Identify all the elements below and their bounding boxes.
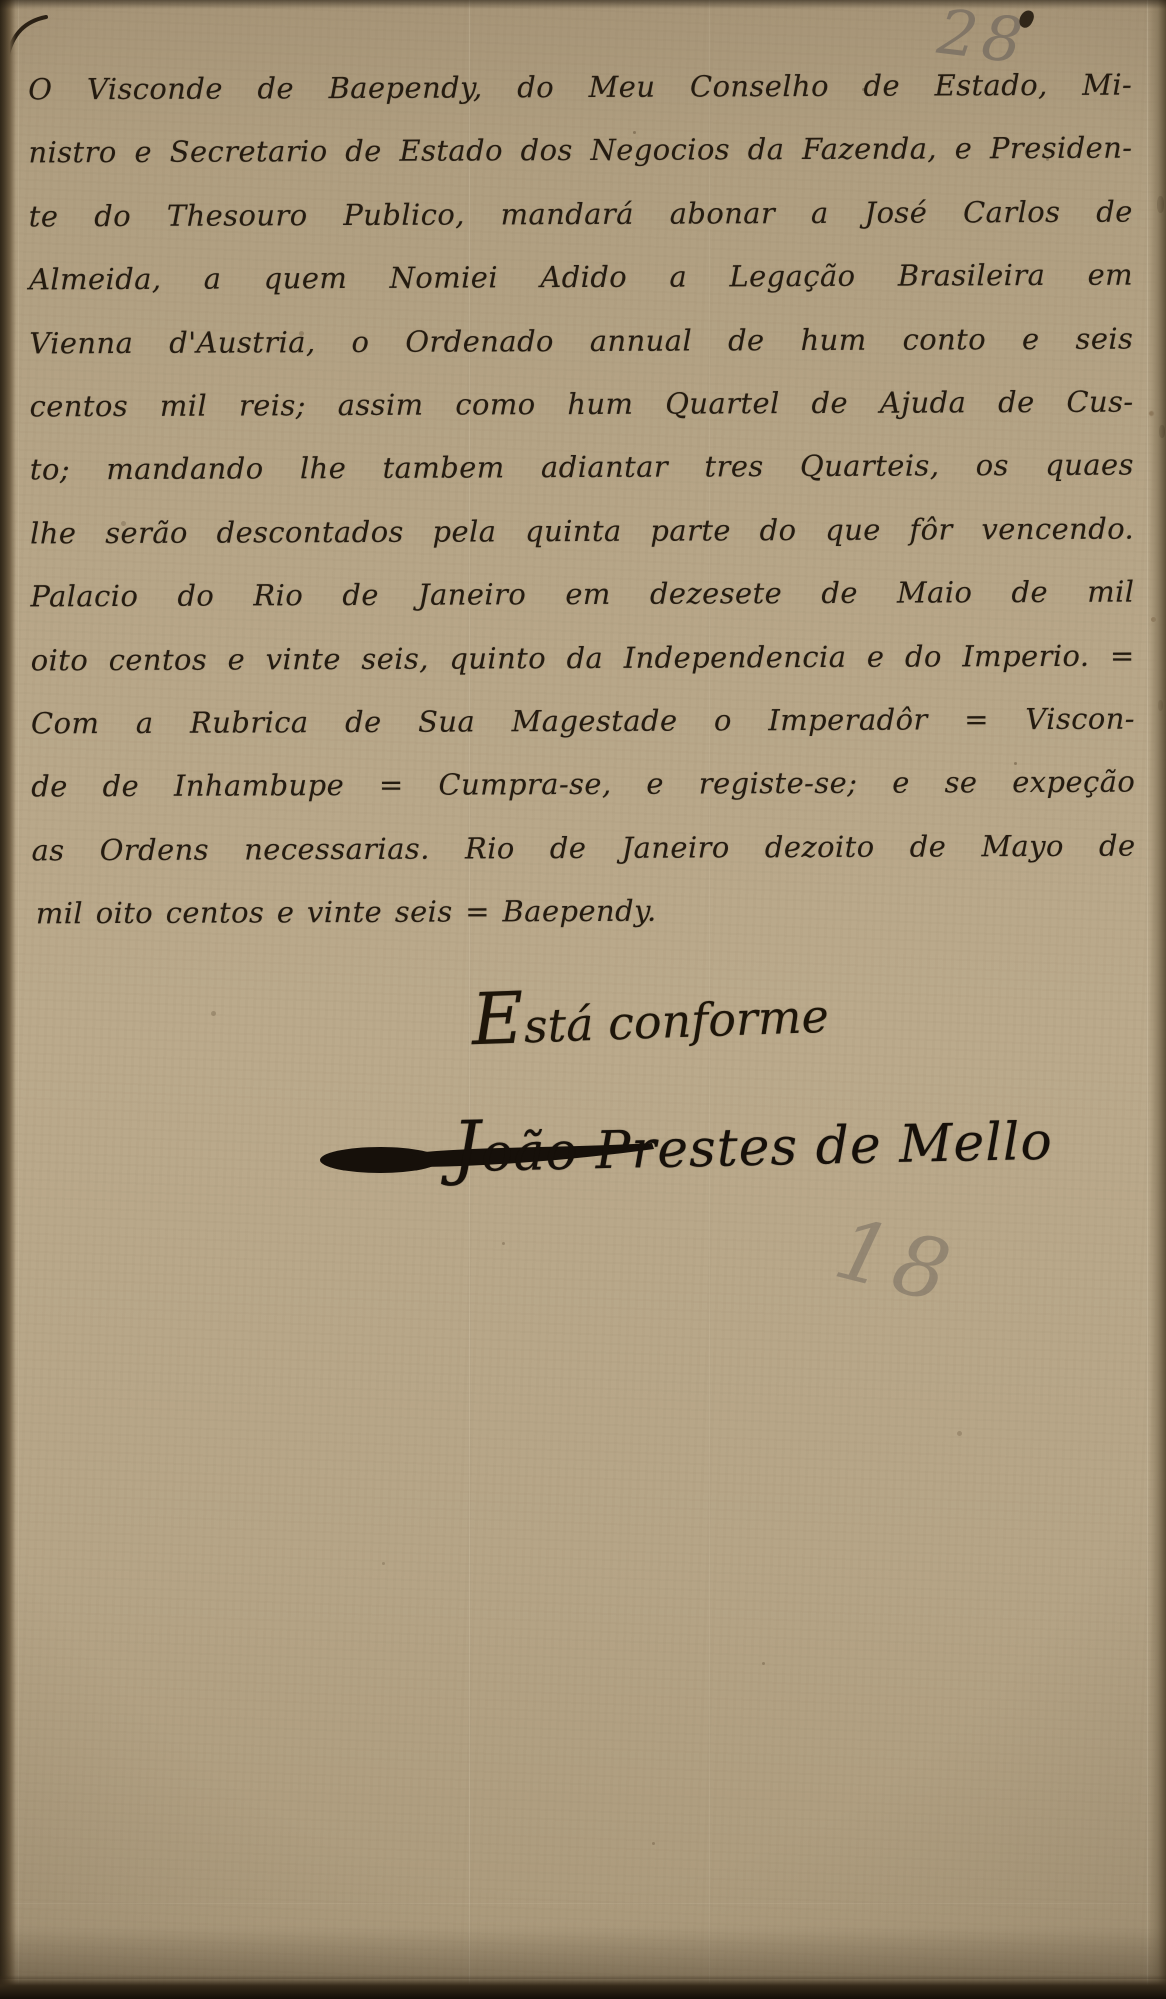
manuscript-line: nistro e Secretario de Estado dos Negoci… [28, 117, 1132, 185]
certification-note: Está conforme [399, 963, 902, 1063]
manuscript-line: as Ordens necessarias. Rio de Janeiro de… [31, 814, 1135, 882]
manuscript-line: Palacio do Rio de Janeiro em dezesete de… [30, 561, 1134, 629]
manuscript-line: Com a Rubrica de Sua Magestade o Imperad… [31, 687, 1135, 755]
manuscript-scan: 28 18 O Visconde de Baependy, do Meu Con… [0, 0, 1166, 1999]
manuscript-line: Vienna d'Austria, o Ordenado annual de h… [29, 307, 1133, 375]
manuscript-line: oito centos e vinte seis, quinto da Inde… [31, 624, 1135, 692]
clerk-signature: João Prestes de Mello [451, 1094, 1053, 1189]
manuscript-line: te do Thesouro Publico, mandará abonar a… [29, 180, 1133, 248]
page-edge-right [1148, 0, 1166, 1999]
manuscript-line: Almeida, a quem Nomiei Adido a Legação B… [29, 244, 1133, 312]
manuscript-line: O Visconde de Baependy, do Meu Conselho … [28, 54, 1132, 122]
manuscript-line: mil oito centos e vinte seis = Baependy. [32, 878, 1136, 946]
page-edge-bottom [0, 1975, 1166, 1999]
manuscript-line: centos mil reis; assim como hum Quartel … [29, 371, 1133, 439]
manuscript-body: O Visconde de Baependy, do Meu Conselho … [28, 54, 1136, 946]
manuscript-line: to; mandando lhe tambem adiantar tres Qu… [30, 434, 1134, 502]
page-edge-top [0, 0, 1166, 9]
manuscript-line: de de Inhambupe = Cumpra-se, e registe-s… [31, 751, 1135, 819]
manuscript-line: lhe serão descontados pela quinta parte … [30, 497, 1134, 565]
page-edge-left [0, 0, 16, 1999]
